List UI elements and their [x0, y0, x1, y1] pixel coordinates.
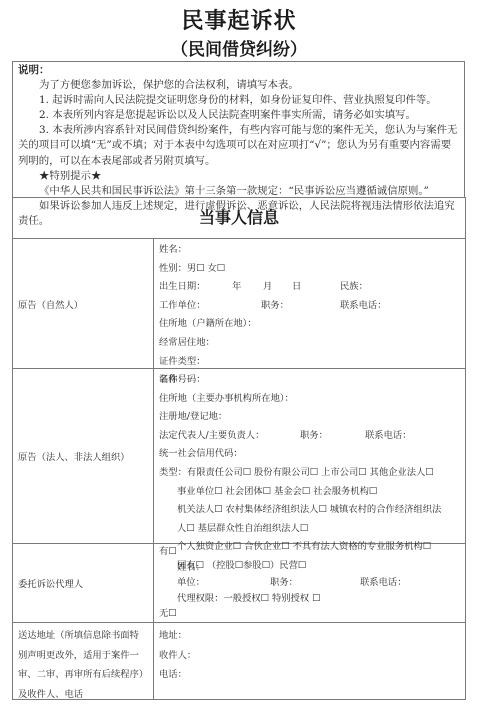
birth-date-field[interactable]: 出生日期：	[159, 281, 206, 292]
entity-position-field[interactable]: 职务：	[300, 427, 328, 446]
recipient-field[interactable]: 收件人：	[159, 646, 465, 666]
employer-field[interactable]: 工作单位：	[159, 300, 206, 311]
position-field[interactable]: 职务：	[261, 297, 289, 316]
phone-field[interactable]: 联系电话：	[340, 297, 387, 316]
agent-employer-line: 单位： 职务： 联系电话：	[159, 575, 465, 591]
agent-row: 委托诉讼代理人 有☐ 姓名： 单位： 职务： 联系电话： 代理权限：一般授权☐ …	[13, 544, 465, 623]
ethnicity-field[interactable]: 民族：	[340, 278, 368, 297]
entity-name-field[interactable]: 名称：	[159, 371, 465, 390]
entity-type-options-1[interactable]: 有限责任公司☐ 股份有限公司☐ 上市公司☐ 其他企业法人☐	[187, 467, 434, 478]
entity-type-label: 类型：	[159, 467, 187, 478]
entity-type-options-4[interactable]: 人☐ 基层群众性自治组织法人☐	[159, 520, 465, 539]
agent-none-checkbox[interactable]: 无☐	[159, 606, 465, 622]
document-subtitle: （民间借贷纠纷）	[0, 35, 478, 60]
plaintiff-entity-fields: 名称： 住所地（主要办事机构所在地）： 注册地/登记地： 法定代表人/主要负责人…	[154, 369, 465, 543]
plaintiff-entity-row: 原告（法人、非法人组织） 名称： 住所地（主要办事机构所在地）： 注册地/登记地…	[13, 369, 465, 544]
agent-has-checkbox[interactable]: 有☐	[159, 544, 465, 560]
employer-line: 工作单位： 职务： 联系电话：	[159, 297, 465, 316]
instruction-item-2: 2. 本表所列内容是您提起诉讼以及人民法院查明案件事实所需，请务必如实填写。	[18, 108, 460, 123]
gender-field[interactable]: 性别：男☐ 女☐	[159, 260, 465, 279]
agent-position-field[interactable]: 职务：	[270, 575, 298, 591]
residence-field[interactable]: 经常居住地：	[159, 334, 465, 353]
plaintiff-entity-label: 原告（法人、非法人组织）	[13, 369, 154, 543]
service-address-fields: 地址： 收件人： 电话：	[154, 623, 465, 699]
agent-employer-field[interactable]: 单位：	[177, 577, 205, 588]
instruction-item-3: 3. 本表所涉内容系针对民间借贷纠纷案件，有些内容可能与您的案件无关，您认为与案…	[18, 123, 460, 168]
service-phone-field[interactable]: 电话：	[159, 665, 465, 685]
name-field[interactable]: 姓名：	[159, 241, 465, 260]
instructions-box: 说明： 为了方便您参加诉讼，保护您的合法权利，请填写本表。 1. 起诉时需向人民…	[12, 61, 465, 197]
entity-phone-field[interactable]: 联系电话：	[365, 427, 412, 446]
plaintiff-natural-row: 原告（自然人） 姓名： 性别：男☐ 女☐ 出生日期： 年 月 日 民族： 工作单…	[13, 239, 465, 369]
entity-type-line-1: 类型：有限责任公司☐ 股份有限公司☐ 上市公司☐ 其他企业法人☐	[159, 464, 465, 483]
instruction-item-1: 1. 起诉时需向人民法院提交证明您身份的材料，如身份证复印件、营业执照复印件等。	[18, 93, 460, 108]
instructions-label: 说明：	[18, 63, 460, 78]
agent-phone-field[interactable]: 联系电话：	[360, 575, 407, 591]
instructions-intro: 为了方便您参加诉讼，保护您的合法权利，请填写本表。	[18, 78, 460, 93]
plaintiff-natural-fields: 姓名： 性别：男☐ 女☐ 出生日期： 年 月 日 民族： 工作单位： 职务： 联…	[154, 239, 465, 368]
parties-heading: 当事人信息	[13, 198, 465, 239]
entity-domicile-field[interactable]: 住所地（主要办事机构所在地）：	[159, 390, 465, 409]
agent-name-field[interactable]: 姓名：	[159, 560, 465, 576]
entity-type-options-3[interactable]: 机关法人☐ 农村集体经济组织法人☐ 城镇农村的合作经济组织法	[159, 501, 465, 520]
entity-type-options-2[interactable]: 事业单位☐ 社会团体☐ 基金会☐ 社会服务机构☐	[159, 483, 465, 502]
document-title: 民事起诉状	[0, 4, 478, 35]
day-label: 日	[292, 278, 301, 297]
domicile-field[interactable]: 住所地（户籍所在地）：	[159, 315, 465, 334]
agent-authority-field[interactable]: 代理权限：一般授权☐ 特别授权 ☐	[159, 591, 465, 607]
id-type-field[interactable]: 证件类型：	[159, 353, 465, 372]
representative-line: 法定代表人/主要负责人： 职务： 联系电话：	[159, 427, 465, 446]
service-address-row: 送达地址（所填信息除书面特别声明更改外，适用于案件一审、二审、再审所有后续程序）…	[13, 623, 465, 699]
month-label: 月	[263, 278, 272, 297]
plaintiff-natural-label: 原告（自然人）	[13, 239, 154, 368]
address-field[interactable]: 地址：	[159, 626, 465, 646]
representative-field[interactable]: 法定代表人/主要负责人：	[159, 430, 264, 441]
year-label: 年	[232, 278, 241, 297]
service-address-label: 送达地址（所填信息除书面特别声明更改外，适用于案件一审、二审、再审所有后续程序）…	[13, 623, 154, 699]
birth-ethnicity-line: 出生日期： 年 月 日 民族：	[159, 278, 465, 297]
special-tip-heading: ★特别提示★	[18, 169, 460, 184]
credit-code-field[interactable]: 统一社会信用代码：	[159, 445, 465, 464]
agent-label: 委托诉讼代理人	[13, 544, 154, 622]
parties-table: 当事人信息 原告（自然人） 姓名： 性别：男☐ 女☐ 出生日期： 年 月 日 民…	[12, 197, 466, 700]
agent-fields: 有☐ 姓名： 单位： 职务： 联系电话： 代理权限：一般授权☐ 特别授权 ☐ 无…	[154, 544, 465, 622]
registered-place-field[interactable]: 注册地/登记地：	[159, 408, 465, 427]
